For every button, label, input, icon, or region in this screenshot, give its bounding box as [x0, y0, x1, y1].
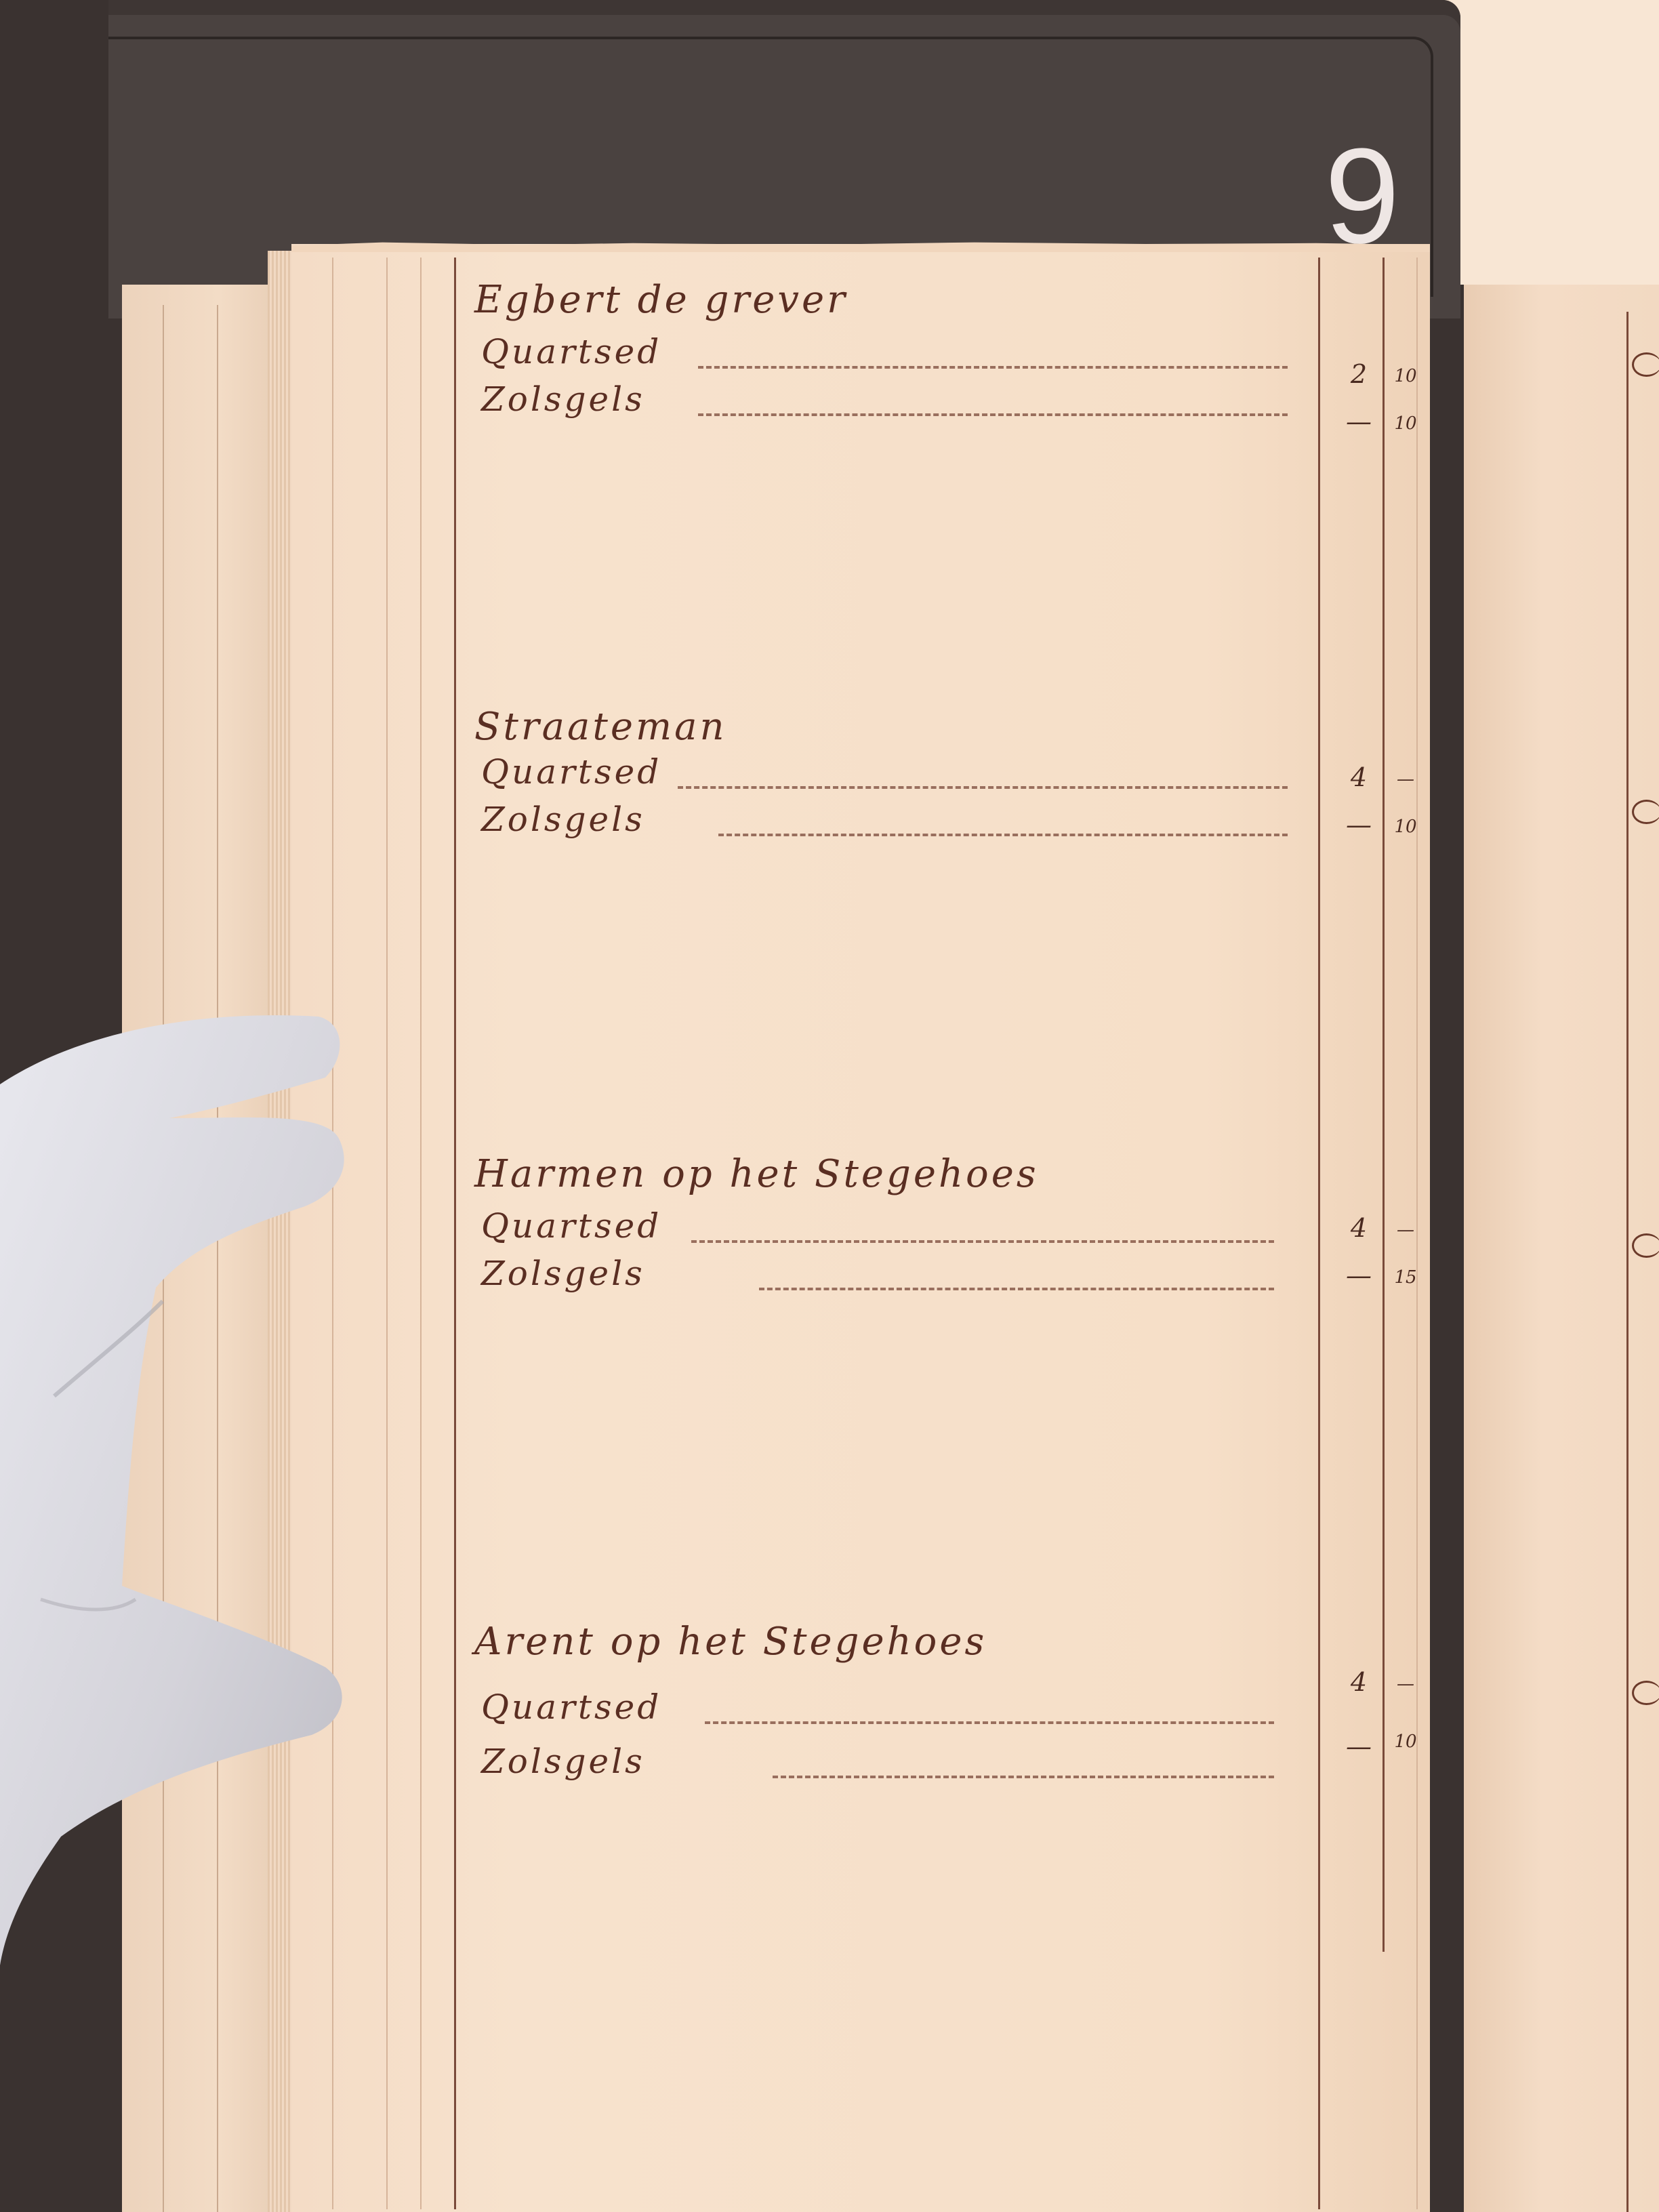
leader-dots [759, 1288, 1274, 1290]
amount-guilders: 4 [1328, 1213, 1389, 1243]
leader-dots [698, 413, 1288, 416]
amount-guilders: 2 [1328, 359, 1389, 389]
amount-stuivers: 10 [1389, 1732, 1422, 1752]
amount-stuivers: — [1389, 1674, 1422, 1694]
faint-rule [386, 258, 388, 2209]
entry-line-label: Zolsgels [481, 1742, 645, 1781]
leader-dots [678, 786, 1288, 789]
entry-name: Straateman [474, 705, 727, 749]
amount-stuivers: 10 [1389, 817, 1422, 837]
entry-name: Harmen op het Stegehoes [474, 1152, 1039, 1196]
entry-line-label: Zolsgels [481, 800, 645, 839]
amount-guilders: — [1328, 407, 1389, 436]
leader-dots [718, 834, 1288, 836]
amount-column-rule [1382, 258, 1385, 1952]
entry-name: Arent op het Stegehoes [474, 1620, 987, 1664]
amount-guilders: 4 [1328, 762, 1389, 792]
leader-dots [698, 366, 1288, 369]
white-glove-hand [0, 1003, 352, 1965]
tab-number-label: 9 [1315, 132, 1410, 261]
entry-line-label: Quartsed [481, 752, 661, 792]
leader-dots [773, 1776, 1274, 1778]
entry-line-label: Zolsgels [481, 1254, 645, 1293]
amount-guilders: — [1328, 810, 1389, 840]
margin-rule [454, 258, 456, 2209]
entry-line-label: Zolsgels [481, 380, 645, 419]
ledger-page [291, 244, 1430, 2212]
handwriting-fragment [1632, 352, 1659, 377]
handwriting-fragment [1632, 1681, 1659, 1705]
leader-dots [705, 1721, 1274, 1724]
faint-rule [420, 258, 422, 2209]
amount-stuivers: 10 [1389, 413, 1422, 434]
amount-guilders: — [1328, 1261, 1389, 1290]
leader-dots [691, 1240, 1274, 1243]
entry-line-label: Quartsed [481, 1206, 661, 1246]
amount-guilders: — [1328, 1732, 1389, 1761]
facing-page [1464, 285, 1659, 2212]
handwriting-fragment [1632, 800, 1659, 824]
entry-name: Egbert de grever [474, 278, 848, 322]
amount-stuivers: — [1389, 769, 1422, 790]
facing-page-rule [1626, 312, 1629, 2212]
amount-stuivers: — [1389, 1220, 1422, 1240]
handwriting-fragment [1632, 1233, 1659, 1258]
amount-stuivers: 10 [1389, 366, 1422, 386]
amount-stuivers: 15 [1389, 1267, 1422, 1288]
amount-column-rule [1318, 258, 1320, 2209]
amount-guilders: 4 [1328, 1667, 1389, 1697]
entry-line-label: Quartsed [481, 332, 661, 371]
entry-line-label: Quartsed [481, 1687, 661, 1727]
